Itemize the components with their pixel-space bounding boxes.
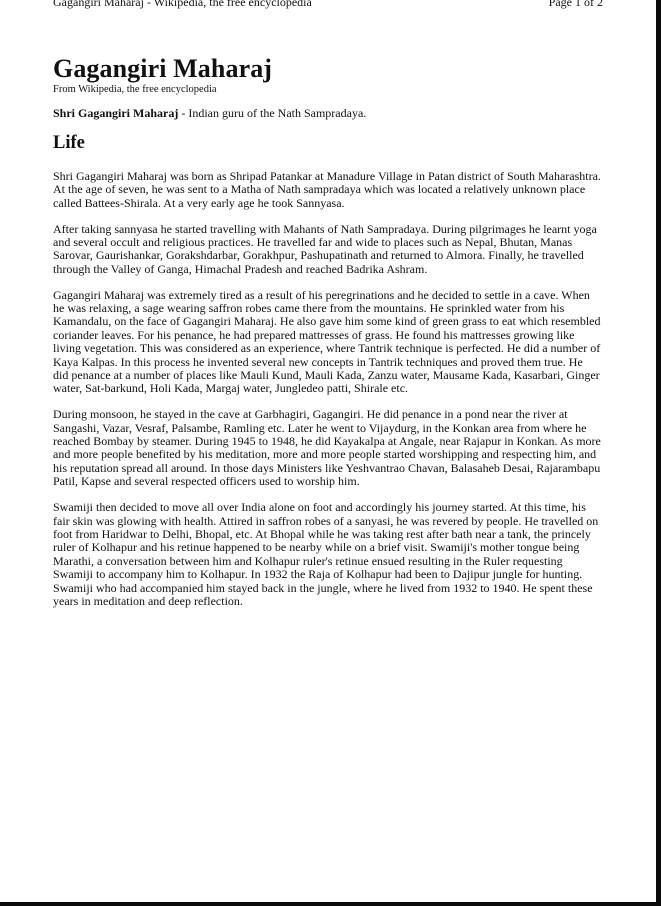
paragraph-cave: Gagangiri Maharaj was extremely tired as… [53,289,601,396]
paragraph-birth: Shri Gagangiri Maharaj was born as Shrip… [53,170,601,210]
scan-bottom-border [0,902,661,906]
lead-subject: Shri Gagangiri Maharaj [53,106,178,120]
paragraph-monsoon: During monsoon, he stayed in the cave at… [53,408,601,488]
print-header-title: Gagangiri Maharaj - Wikipedia, the free … [53,0,312,10]
article: Gagangiri Maharaj From Wikipedia, the fr… [53,54,601,621]
paragraph-travels: After taking sannyasa he started travell… [53,223,601,277]
lead-sentence: Shri Gagangiri Maharaj - Indian guru of … [53,106,601,120]
section-heading-life: Life [53,132,601,154]
scan-right-border [656,0,661,906]
page-title: Gagangiri Maharaj [53,54,601,84]
article-source-note: From Wikipedia, the free encyclopedia [53,84,601,96]
paragraph-journey: Swamiji then decided to move all over In… [53,501,601,608]
print-header: Gagangiri Maharaj - Wikipedia, the free … [53,0,603,10]
lead-description: - Indian guru of the Nath Sampradaya. [178,106,366,120]
page-number: Page 1 of 2 [549,0,603,10]
